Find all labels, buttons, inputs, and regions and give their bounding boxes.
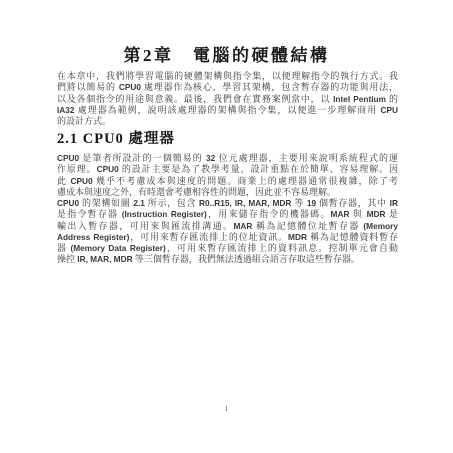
text-line: 的設計方式。 <box>57 116 398 127</box>
text-line: 作原理。CPU0 的設計主要是為了教學考量，設計重點在於簡單、容易理解。因 <box>57 164 398 175</box>
text-line: 器 (Memory Data Register)，可用來暫存匯流排上的資料訊息。… <box>57 243 398 254</box>
text-line: 在本章中，我們將學習電腦的硬體架構與指令集，以便理解指令的執行方式。我 <box>57 71 398 82</box>
chapter-title: 第2章 電腦的硬體結構 <box>0 41 453 66</box>
text-line: CPU0 是筆者所設計的一個簡易的 32 位元處理器，主要用來說明系統程式的運 <box>57 153 398 164</box>
section-title: 2.1 CPU0 處理器 <box>57 127 175 148</box>
text-line: CPU0 的架構如圖 2.1 所示，包含 R0..R15, IR, MAR, M… <box>57 198 398 209</box>
page-number: 1 <box>0 405 453 413</box>
document-page: 第2章 電腦的硬體結構 在本章中，我們將學習電腦的硬體架構與指令集，以便理解指令… <box>0 0 453 453</box>
text-line: 是指令暫存器 (Instruction Register)，用來儲存指令的機器碼… <box>57 209 398 220</box>
text-line: 輸出入暫存器，可用來與匯流排溝通。MAR 稱為記憶體位址暫存器 (Memory <box>57 221 398 232</box>
text-line: Address Register)，可用來暫存匯流排上的位址資訊。MDR 稱為記… <box>57 232 398 243</box>
text-line: 慮成本與速度之外，有時還會考慮相容性的問題，因此並不容易理解。 <box>57 187 398 198</box>
text-line: 們將以簡易的 CPU0 處理器作為核心，學習其架構，包含暫存器的功能與用法， <box>57 82 398 93</box>
cpu0-architecture-paragraph: CPU0 的架構如圖 2.1 所示，包含 R0..R15, IR, MAR, M… <box>57 198 398 266</box>
text-line: 此 CPU0 幾乎不考慮成本與速度的問題。商業上的處理器通常很複雜，除了考 <box>57 176 398 187</box>
text-line: IA32 處理器為範例，說明該處理器的架構與指令集，以便進一步理解商用 CPU <box>57 105 398 116</box>
intro-paragraph: 在本章中，我們將學習電腦的硬體架構與指令集，以便理解指令的執行方式。我們將以簡易… <box>57 71 398 127</box>
text-line: 以及各個指令的用途與意義。最後，我們會在實務案例當中，以 Intel Penti… <box>57 94 398 105</box>
cpu0-design-paragraph: CPU0 是筆者所設計的一個簡易的 32 位元處理器，主要用來說明系統程式的運作… <box>57 153 398 198</box>
text-line: 操控 IR, MAR, MDR 等三個暫存器，我們無法透過組合語言存取這些暫存器… <box>57 254 398 265</box>
